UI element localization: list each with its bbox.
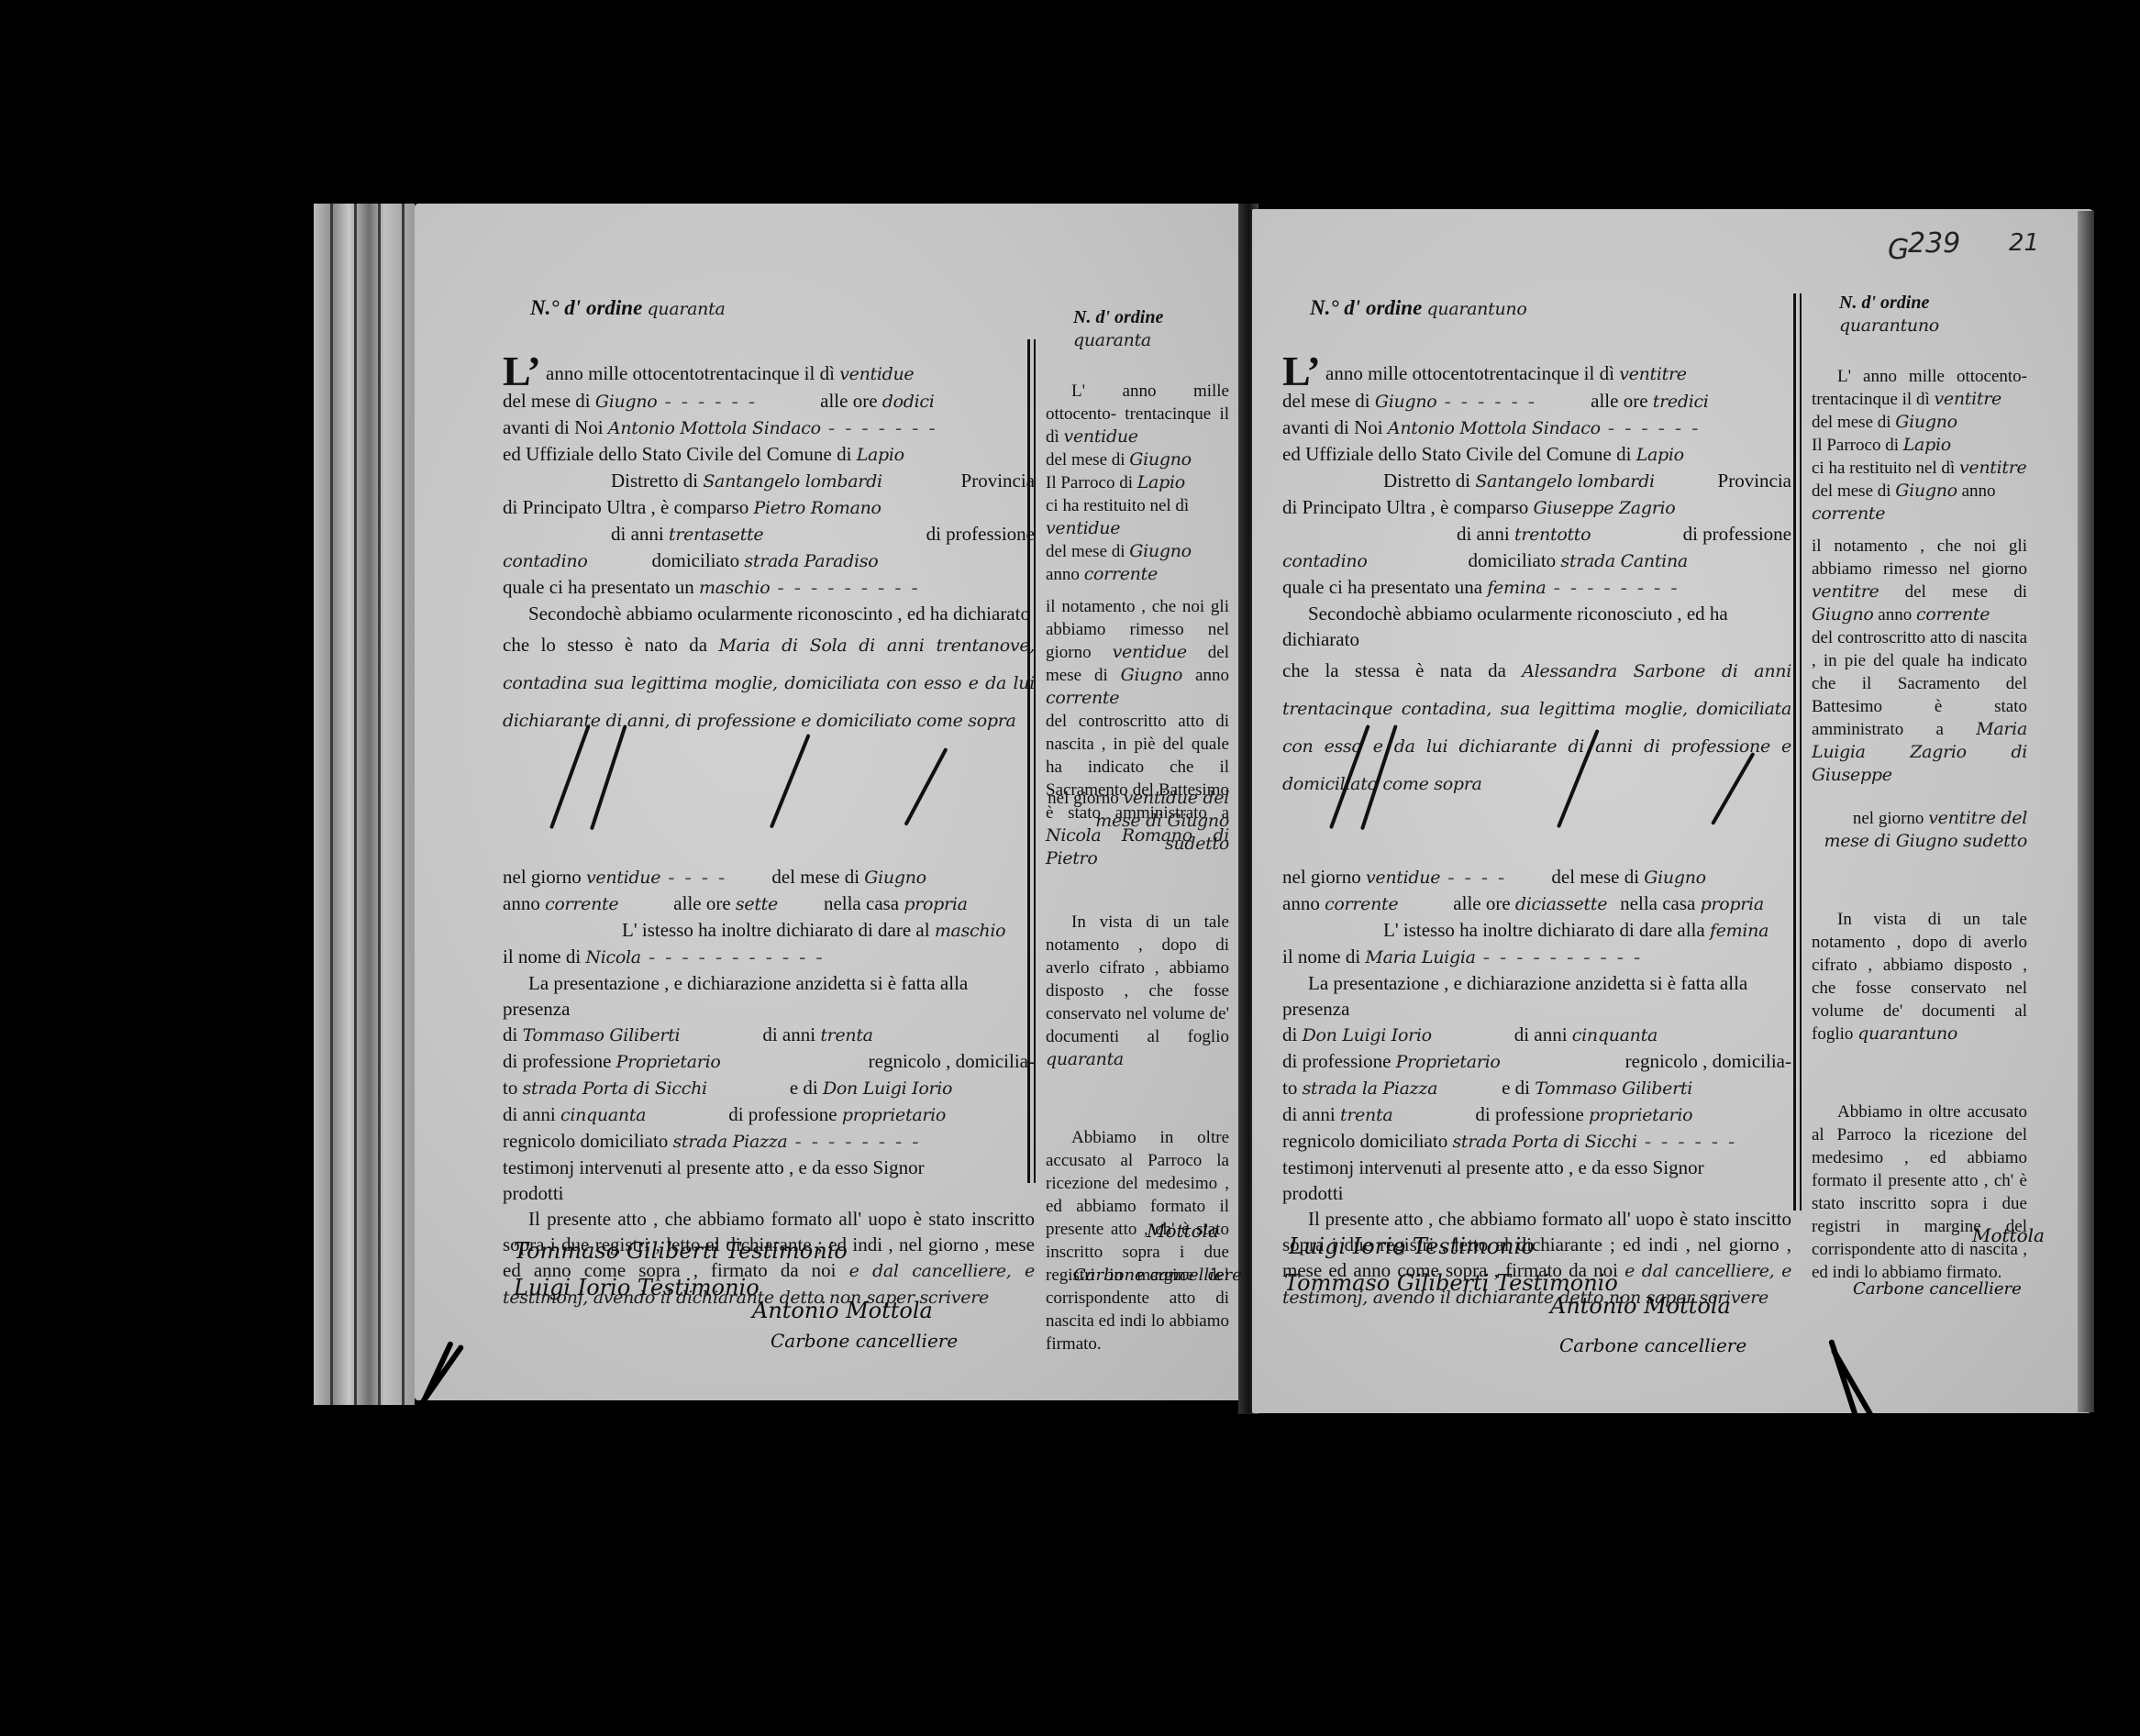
act-line: nel giorno ventidue - - - - del mese di … — [503, 864, 1035, 890]
page-edge-line — [378, 204, 381, 1405]
act-line: L' istesso ha inoltre dichiarato di dare… — [503, 917, 1035, 944]
act-line: il nome di Nicola - - - - - - - - - - - — [503, 944, 1035, 970]
left-birth-act: N.° d' ordine quaranta L’ anno mille ott… — [503, 295, 1035, 739]
act-number-heading: N.° d' ordine quarantuno — [1310, 295, 1791, 322]
left-baptism-margin: N. d' ordine quaranta L' anno mille otto… — [1046, 306, 1229, 870]
parents-paragraph: che lo stesso è nato da Maria di Sola di… — [503, 626, 1035, 739]
witness-line: to strada Porta di Sicchie di Don Luigi … — [503, 1075, 1035, 1101]
act-line: L’ anno mille ottocentotrentacinque il d… — [503, 355, 1035, 388]
act-line: di anni trentottodi professione — [1282, 521, 1791, 547]
page-edge-line — [402, 204, 405, 1405]
signature-clerk: Carbone cancelliere — [1559, 1334, 1746, 1356]
act-line: ed Uffiziale dello Stato Civile del Comu… — [503, 441, 1035, 468]
act-line: quale ci ha presentato una femina - - - … — [1282, 574, 1791, 601]
witness-line: di professione Proprietarioregnicolo , d… — [503, 1048, 1035, 1075]
witness-line: di anni trentadi professione proprietari… — [1282, 1101, 1791, 1128]
act-line: L’ anno mille ottocentotrentacinque il d… — [1282, 355, 1791, 388]
act-line: L' istesso ha inoltre dichiarato di dare… — [1282, 917, 1791, 944]
act-line: Secondochè abbiamo ocularmente riconosci… — [1282, 601, 1791, 652]
act-line: Distretto di Santangelo lombardiProvinci… — [503, 468, 1035, 494]
act-line: La presentazione , e dichiarazione anzid… — [1282, 970, 1791, 1022]
act-line: avanti di Noi Antonio Mottola Sindaco - … — [1282, 415, 1791, 441]
signature-mayor: Antonio Mottola — [752, 1298, 933, 1323]
right-baptism-margin: N. d' ordine quarantuno L' anno mille ot… — [1812, 292, 2027, 787]
act-line: Secondochè abbiamo ocularmente riconosci… — [503, 601, 1035, 626]
act-line: il nome di Maria Luigia - - - - - - - - … — [1282, 944, 1791, 970]
parents-paragraph: che la stessa è nata da Alessandra Sarbo… — [1282, 652, 1791, 802]
act-line: La presentazione , e dichiarazione anzid… — [503, 970, 1035, 1022]
witness-line: regnicolo domiciliato strada Porta di Si… — [1282, 1128, 1791, 1155]
signature-mayor: Antonio Mottola — [1550, 1293, 1731, 1319]
column-divider — [1793, 293, 1796, 1211]
act-line: ed Uffiziale dello Stato Civile del Comu… — [1282, 441, 1791, 468]
witness-line: di Tommaso Gilibertidi anni trenta — [503, 1022, 1035, 1048]
sheet-number: 21 — [2009, 229, 2039, 257]
margin-signature-clerk: Carbone cancelliere — [1853, 1279, 2022, 1299]
act-line: quale ci ha presentato un maschio - - - … — [503, 574, 1035, 601]
act-line: anno correntealle ore diciassettenella c… — [1282, 890, 1791, 917]
corner-mark: G — [1888, 234, 1909, 266]
witness-line: to strada la Piazzae di Tommaso Gilibert… — [1282, 1075, 1791, 1101]
signature-witness-1: Luigi Iorio Testimonio — [1289, 1233, 1535, 1259]
margin-signature-clerk: Carbone cancelliere — [1073, 1266, 1242, 1285]
act-line: avanti di Noi Antonio Mottola Sindaco - … — [503, 415, 1035, 441]
act-line: Distretto di Santangelo lombardiProvinci… — [1282, 468, 1791, 494]
margin-signature-mayor: Mottola — [1147, 1220, 1219, 1242]
signature-witness-1: Tommaso Giliberti Testimonio — [514, 1238, 848, 1264]
act-line: del mese di Giugno - - - - - - alle ore … — [503, 388, 1035, 415]
book-page-edges — [314, 204, 415, 1405]
column-divider — [1800, 293, 1802, 1211]
act-line: di Principato Ultra , è comparso Giusepp… — [1282, 494, 1791, 521]
margin-number-heading: N. d' ordine quarantuno — [1839, 292, 2027, 337]
witness-line: regnicolo domiciliato strada Piazza - - … — [503, 1128, 1035, 1155]
act-line: nel giorno ventidue - - - - del mese di … — [1282, 864, 1791, 890]
page-edge-line — [330, 204, 333, 1405]
witness-line: di Don Luigi Ioriodi anni cinquanta — [1282, 1022, 1791, 1048]
act-number-heading: N.° d' ordine quaranta — [530, 295, 1035, 322]
right-margin-lower: nel giorno ventitre del mese di Giugno s… — [1812, 807, 2027, 1284]
right-page-edge — [2078, 211, 2094, 1412]
column-divider — [1027, 339, 1030, 1183]
act-line: contadinodomiciliato strada Paradiso — [503, 547, 1035, 574]
signature-witness-2: Luigi Iorio Testimonio — [514, 1275, 760, 1300]
act-line: testimonj intervenuti al presente atto ,… — [1282, 1155, 1791, 1180]
page-edge-line — [354, 204, 357, 1405]
column-divider — [1034, 339, 1036, 1183]
act-line: del mese di Giugno - - - - - - alle ore … — [1282, 388, 1791, 415]
act-line: testimonj intervenuti al presente atto ,… — [503, 1155, 1035, 1180]
signature-witness-2: Tommaso Giliberti Testimonio — [1284, 1270, 1618, 1296]
act-line: di Principato Ultra , è comparso Pietro … — [503, 494, 1035, 521]
act-line: contadinodomiciliato strada Cantina — [1282, 547, 1791, 574]
page-number: 239 — [1908, 227, 1960, 260]
signature-clerk: Carbone cancelliere — [771, 1330, 958, 1352]
act-line: di anni trentasettedi professione — [503, 521, 1035, 547]
witness-line: di anni cinquantadi professione propriet… — [503, 1101, 1035, 1128]
act-line: prodotti — [1282, 1180, 1791, 1206]
act-line: prodotti — [503, 1180, 1035, 1206]
witness-line: di professione Proprietarioregnicolo , d… — [1282, 1048, 1791, 1075]
margin-signature-mayor: Mottola — [1972, 1224, 2045, 1246]
margin-number-heading: N. d' ordine quaranta — [1073, 306, 1229, 352]
act-line: anno correntealle ore settenella casa pr… — [503, 890, 1035, 917]
right-birth-act: N.° d' ordine quarantuno L’ anno mille o… — [1282, 295, 1791, 802]
